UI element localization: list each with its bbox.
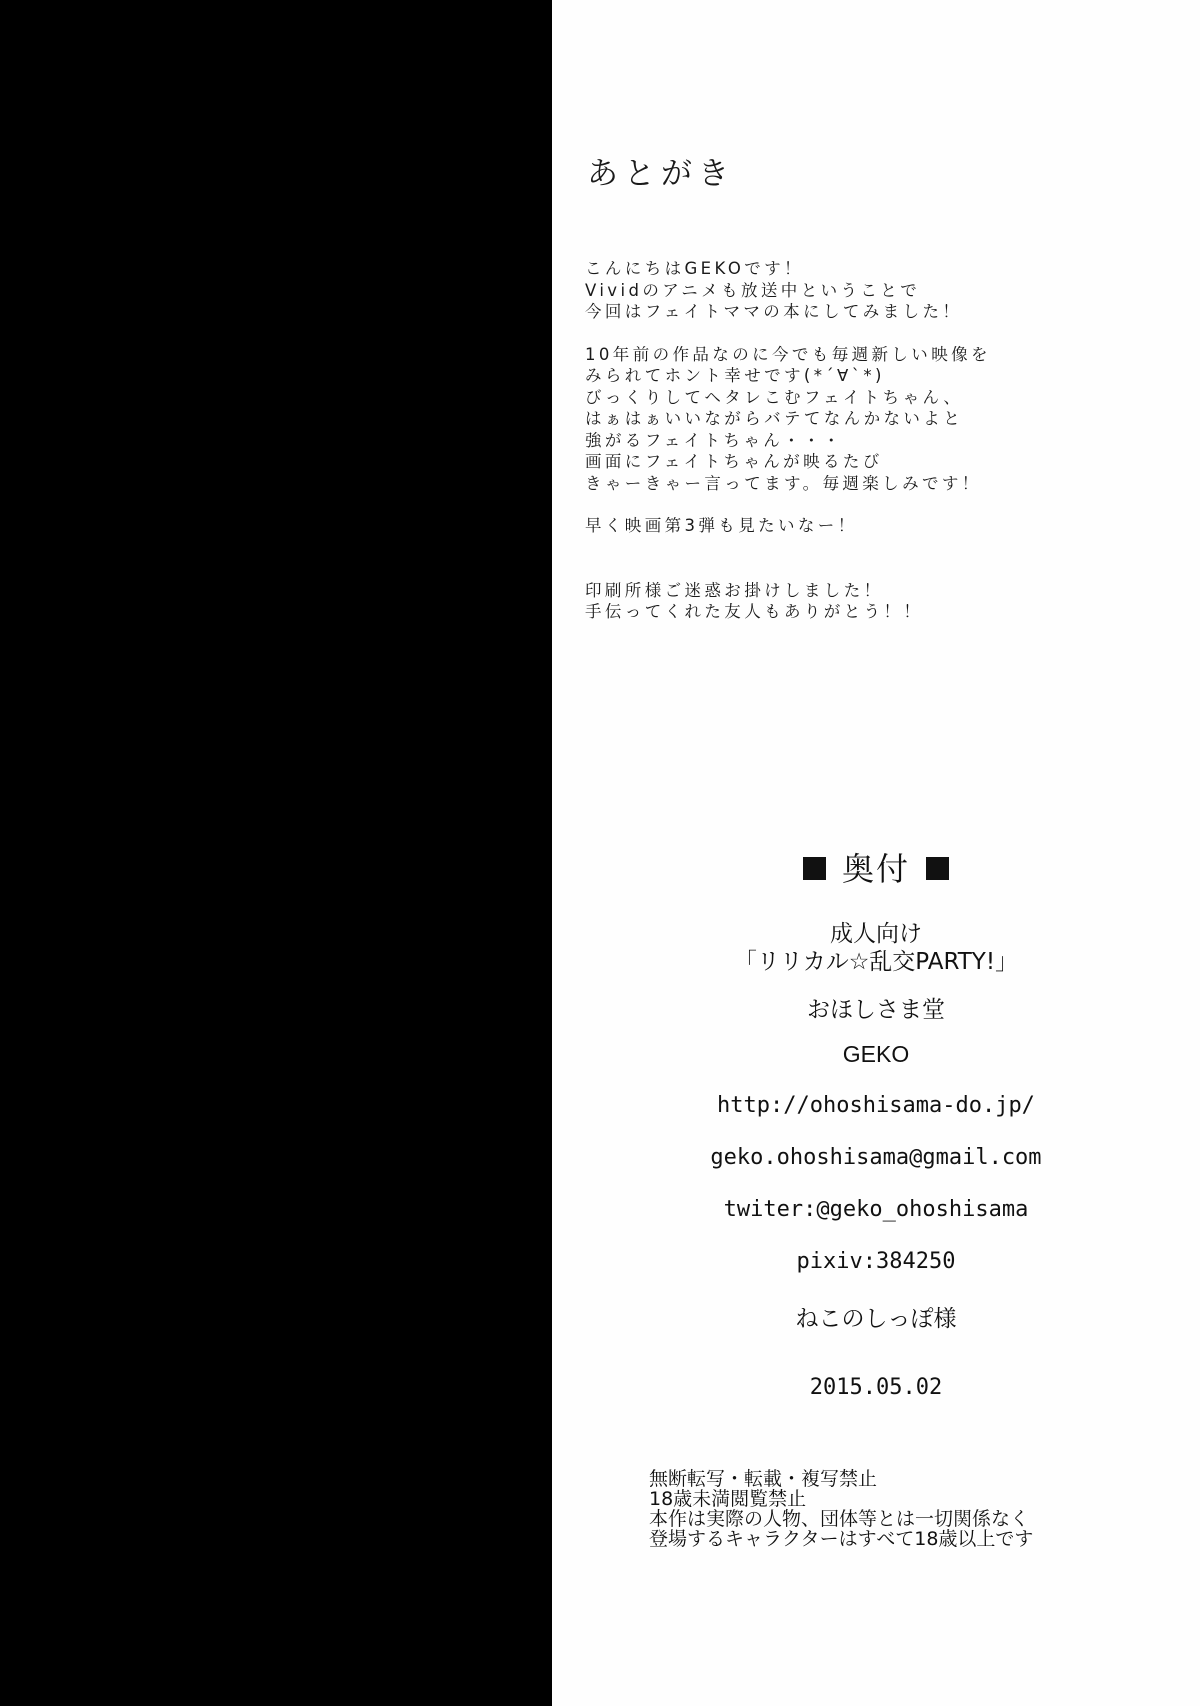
afterword-line: はぁはぁいいながらバテてなんかないよと	[585, 408, 1185, 430]
circle-name: おほしさま堂	[552, 991, 1200, 1024]
colophon-heading: 奥付	[552, 844, 1200, 890]
author-name: GEKO	[552, 1041, 1200, 1068]
afterword-line: みられてホント幸せです(*´∀`*)	[585, 365, 1185, 387]
afterword-body: こんにちはGEKOです！ Vividのアニメも放送中ということで 今回はフェイト…	[585, 258, 1185, 623]
afterword-line: Vividのアニメも放送中ということで	[585, 280, 1185, 302]
notice-line: 本作は実際の人物、団体等とは一切関係なく	[649, 1509, 1033, 1529]
twitter-handle[interactable]: twiter:@geko_ohoshisama	[552, 1197, 1200, 1222]
afterword-line: 印刷所様ご迷惑お掛けしました！	[585, 580, 1185, 602]
afterword-line: びっくりしてヘタレこむフェイトちゃん、	[585, 387, 1185, 409]
afterword-line: こんにちはGEKOです！	[585, 258, 1185, 280]
afterword-line: 強がるフェイトちゃん・・・	[585, 430, 1185, 452]
afterword-line: 手伝ってくれた友人もありがとう！！	[585, 601, 1185, 623]
afterword-line: 早く映画第3弾も見たいなー！	[585, 515, 1185, 537]
afterword-line: 今回はフェイトママの本にしてみました！	[585, 301, 1185, 323]
afterword-line: きゃーきゃー言ってます。毎週楽しみです！	[585, 473, 1185, 495]
legal-notice: 無断転写・転載・複写禁止 18歳未満閲覧禁止 本作は実際の人物、団体等とは一切関…	[649, 1469, 1033, 1549]
afterword-line: 10年前の作品なのに今でも毎週新しい映像を	[585, 344, 1185, 366]
pixiv-id: pixiv:384250	[552, 1249, 1200, 1274]
notice-line: 登場するキャラクターはすべて18歳以上です	[649, 1529, 1033, 1549]
notice-line: 無断転写・転載・複写禁止	[649, 1469, 1033, 1489]
black-left-panel	[0, 0, 552, 1706]
website-link[interactable]: http://ohoshisama-do.jp/	[552, 1093, 1200, 1118]
printer-name: ねこのしっぽ様	[552, 1300, 1200, 1333]
colophon-page: あとがき こんにちはGEKOです！ Vividのアニメも放送中ということで 今回…	[552, 0, 1200, 1706]
afterword-title: あとがき	[587, 148, 735, 193]
email-address[interactable]: geko.ohoshisama@gmail.com	[552, 1145, 1200, 1170]
book-title: 「リリカル☆乱交PARTY!」	[552, 943, 1200, 976]
black-square-icon	[926, 857, 949, 880]
afterword-line: 画面にフェイトちゃんが映るたび	[585, 451, 1185, 473]
black-square-icon	[803, 857, 826, 880]
notice-line: 18歳未満閲覧禁止	[649, 1489, 1033, 1509]
colophon-heading-text: 奥付	[842, 850, 910, 888]
publication-date: 2015.05.02	[552, 1375, 1200, 1400]
